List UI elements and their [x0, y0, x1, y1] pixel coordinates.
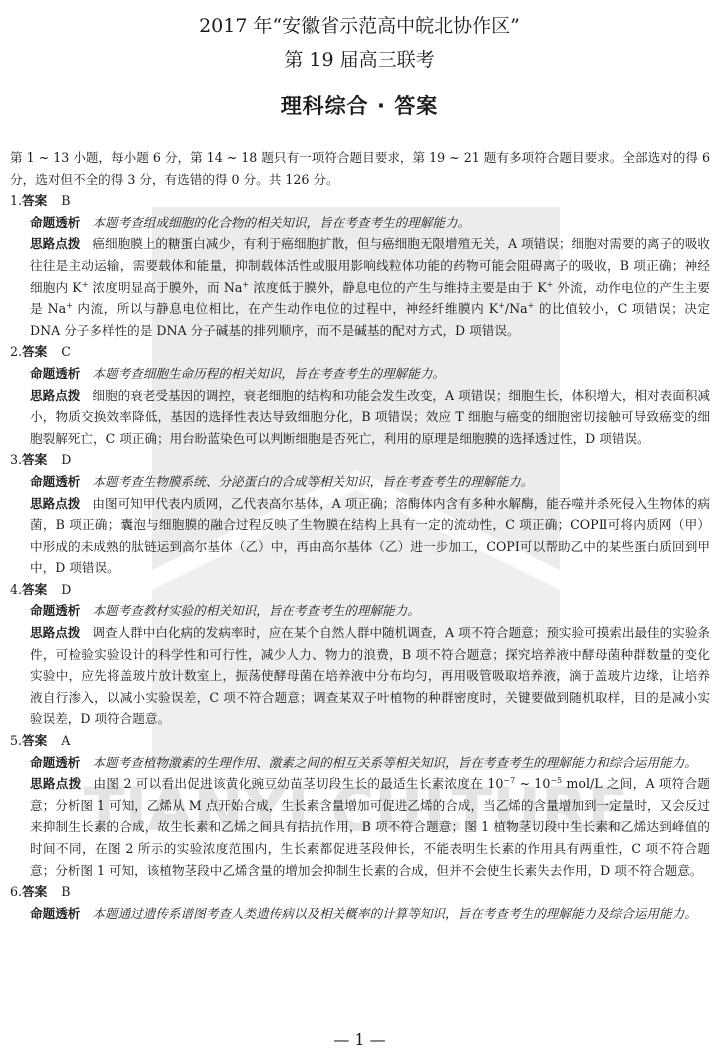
question-number: 6.	[10, 884, 22, 899]
hint-text: 由图 2 可以看出促进该黄化豌豆幼苗茎切段生长的最适生长素浓度在 10−7 ~ …	[30, 776, 710, 877]
answer-body: 第 1 ~ 13 小题，每小题 6 分，第 14 ~ 18 题只有一项符合题目要…	[10, 147, 710, 924]
question-number: 4.	[10, 582, 22, 597]
analysis-text: 本题考查生物膜系统、分泌蛋白的合成等相关知识，旨在考查考生的理解能力。	[92, 474, 533, 489]
analysis-section: 命题透析本题考查细胞生命历程的相关知识，旨在考查考生的理解能力。	[30, 363, 710, 385]
answer-choice: D	[61, 582, 71, 597]
analysis-label: 命题透析	[30, 366, 80, 381]
question-list: 1.答案B命题透析本题考查组成细胞的化合物的相关知识，旨在考查考生的理解能力。思…	[10, 190, 710, 924]
hint-label: 思路点拨	[30, 776, 81, 791]
analysis-section: 命题透析本题考查组成细胞的化合物的相关知识，旨在考查考生的理解能力。	[30, 212, 710, 234]
hint-section: 思路点拨由图可知甲代表内质网，乙代表高尔基体，A 项正确；溶酶体内含有多种水解酶…	[30, 493, 710, 579]
analysis-label: 命题透析	[30, 474, 80, 489]
question-answer-line: 2.答案C	[10, 341, 710, 363]
page-title: 理科综合 · 答案	[0, 92, 719, 120]
analysis-text: 本题考查组成细胞的化合物的相关知识，旨在考查考生的理解能力。	[92, 215, 470, 230]
answer-choice: D	[61, 452, 71, 467]
answer-choice: C	[61, 344, 71, 359]
answer-choice: A	[61, 733, 70, 748]
exam-session: 第 19 届高三联考	[0, 48, 719, 72]
analysis-label: 命题透析	[30, 906, 80, 921]
analysis-text: 本题考查细胞生命历程的相关知识，旨在考查考生的理解能力。	[92, 366, 445, 381]
question-answer-line: 4.答案D	[10, 579, 710, 601]
hint-text: 癌细胞膜上的糖蛋白减少，有利于癌细胞扩散，但与癌细胞无限增殖无关，A 项错误；细…	[30, 236, 710, 337]
analysis-section: 命题透析本题考查教材实验的相关知识，旨在考查考生的理解能力。	[30, 600, 710, 622]
answer-label: 答案	[22, 452, 47, 467]
analysis-text: 本题考查教材实验的相关知识，旨在考查考生的理解能力。	[92, 603, 419, 618]
analysis-text: 本题通过遗传系谱图考查人类遗传病以及相关概率的计算等知识，旨在考查考生的理解能力…	[92, 906, 697, 921]
answer-label: 答案	[22, 582, 47, 597]
hint-section: 思路点拨细胞的衰老受基因的调控，衰老细胞的结构和功能会发生改变，A 项错误；细胞…	[30, 385, 710, 450]
hint-section: 思路点拨调查人群中白化病的发病率时，应在某个自然人群中随机调查，A 项不符合题意…	[30, 622, 710, 730]
question-number: 2.	[10, 344, 22, 359]
question-number: 3.	[10, 452, 22, 467]
question-number: 1.	[10, 193, 22, 208]
analysis-section: 命题透析本题通过遗传系谱图考查人类遗传病以及相关概率的计算等知识，旨在考查考生的…	[30, 903, 710, 925]
hint-text: 由图可知甲代表内质网，乙代表高尔基体，A 项正确；溶酶体内含有多种水解酶，能吞噬…	[30, 496, 710, 576]
answer-label: 答案	[22, 733, 47, 748]
hint-label: 思路点拨	[30, 388, 80, 403]
hint-section: 思路点拨癌细胞膜上的糖蛋白减少，有利于癌细胞扩散，但与癌细胞无限增殖无关，A 项…	[30, 233, 710, 341]
question-answer-line: 5.答案A	[10, 730, 710, 752]
hint-label: 思路点拨	[30, 236, 80, 251]
page-number: — 1 —	[0, 1030, 719, 1050]
answer-label: 答案	[22, 344, 47, 359]
answer-choice: B	[61, 193, 70, 208]
analysis-label: 命题透析	[30, 603, 80, 618]
hint-section: 思路点拨由图 2 可以看出促进该黄化豌豆幼苗茎切段生长的最适生长素浓度在 10−…	[30, 773, 710, 881]
answer-label: 答案	[22, 884, 47, 899]
analysis-section: 命题透析本题考查生物膜系统、分泌蛋白的合成等相关知识，旨在考查考生的理解能力。	[30, 471, 710, 493]
analysis-label: 命题透析	[30, 215, 80, 230]
hint-label: 思路点拨	[30, 625, 80, 640]
answer-choice: B	[61, 884, 70, 899]
question-number: 5.	[10, 733, 22, 748]
exam-title: 2017 年“安徽省示范高中皖北协作区”	[0, 14, 719, 38]
question-answer-line: 3.答案D	[10, 449, 710, 471]
analysis-section: 命题透析本题考查植物激素的生理作用、激素之间的相互关系等相关知识，旨在考查考生的…	[30, 752, 710, 774]
scoring-intro: 第 1 ~ 13 小题，每小题 6 分，第 14 ~ 18 题只有一项符合题目要…	[10, 147, 710, 190]
question-answer-line: 1.答案B	[10, 190, 710, 212]
answer-label: 答案	[22, 193, 47, 208]
analysis-text: 本题考查植物激素的生理作用、激素之间的相互关系等相关知识，旨在考查考生的理解能力…	[92, 755, 697, 770]
question-answer-line: 6.答案B	[10, 881, 710, 903]
hint-text: 细胞的衰老受基因的调控，衰老细胞的结构和功能会发生改变，A 项错误；细胞生长，体…	[30, 388, 710, 446]
analysis-label: 命题透析	[30, 755, 80, 770]
hint-text: 调查人群中白化病的发病率时，应在某个自然人群中随机调查，A 项不符合题意；预实验…	[30, 625, 710, 726]
hint-label: 思路点拨	[30, 496, 80, 511]
